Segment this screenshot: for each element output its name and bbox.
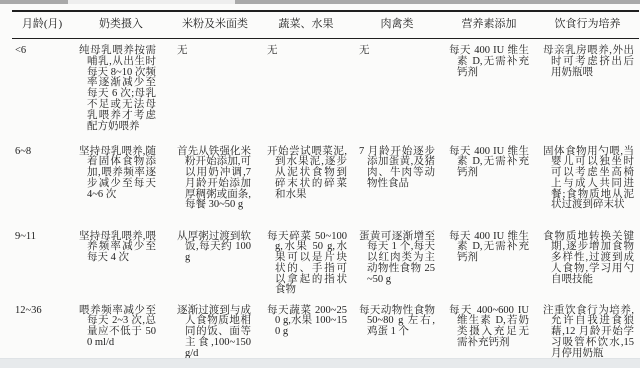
cell-nutrient-supplement: 每天 400 IU 维生素 D,无需补充钙剂: [442, 224, 536, 298]
header-nutrient-supplement: 营养素添加: [442, 11, 536, 39]
cell-meat-poultry: 每天动物性食物 50~80 g 左右,鸡蛋 1 个: [352, 298, 442, 361]
header-feeding-behavior: 饮食行为培养: [536, 11, 639, 39]
cell-vegetables-fruit: 无: [260, 39, 352, 139]
cell-age: 6~8: [12, 139, 72, 224]
cell-milk-intake: 纯母乳喂养按需哺乳,从出生时每天 8~10 次频率逐渐减少至每天 6 次;母乳不…: [72, 39, 170, 139]
cell-feeding-behavior: 固体食物用勺喂,当婴儿可以独坐时可以考虑坐高椅上与成人共同进餐;食物质地从泥状过…: [536, 139, 639, 224]
table-row-9-11-months: 9~11 坚持母乳喂养,喂养频率减少至每天 4 次 从厚粥过渡到软饭,每天约 1…: [12, 224, 639, 298]
cell-feeding-behavior: 注重饮食行为培养,允许自我进食狼藉,12 月龄开始学习吸管杯饮水,15 月停用奶…: [536, 298, 639, 361]
cell-feeding-behavior: 食物质地转换关键期,逐步增加食物多样性,过渡到成人食物,学习用勺自喂技能: [536, 224, 639, 298]
table-row-6-8-months: 6~8 坚持母乳喂养,随着固体食物添加,喂养频率逐步减少至每天 4~6 次 首先…: [12, 139, 639, 224]
cell-nutrient-supplement: 每天 400~600 IU 维生素 D,若奶类摄入充足无需补充钙剂: [442, 298, 536, 361]
header-milk-intake: 奶类摄入: [72, 11, 170, 39]
cell-meat-poultry: 7 月龄开始逐步添加蛋黄,及猪肉、牛肉等动物性食品: [352, 139, 442, 224]
cell-age: 12~36: [12, 298, 72, 361]
cell-milk-intake: 坚持母乳喂养,喂养频率减少至每天 4 次: [72, 224, 170, 298]
header-rice-flour-noodles: 米粉及米面类: [170, 11, 260, 39]
cell-vegetables-fruit: 开始尝试喂菜泥,到水果泥,逐步从泥状食物到碎末状的碎菜和水果: [260, 139, 352, 224]
header-meat-poultry: 肉禽类: [352, 11, 442, 39]
cell-vegetables-fruit: 每天碎菜 50~100 g,水果 50 g,水果可以是片块状的、手指可以拿起的指…: [260, 224, 352, 298]
cell-meat-poultry: 无: [352, 39, 442, 139]
cell-age: 9~11: [12, 224, 72, 298]
cell-milk-intake: 喂养频率减少至每天 2~3 次,总量应不低于 500 ml/d: [72, 298, 170, 361]
table-row-12-36-months: 12~36 喂养频率减少至每天 2~3 次,总量应不低于 500 ml/d 逐渐…: [12, 298, 639, 361]
header-vegetables-fruit: 蔬菜、水果: [260, 11, 352, 39]
cell-rice-flour: 首先从铁强化米粉开始添加,可以用奶冲调,7 月龄开始添加厚稠粥或面条,每餐 30…: [170, 139, 260, 224]
cell-rice-flour: 无: [170, 39, 260, 139]
header-age-months: 月龄(月): [12, 11, 72, 39]
cell-milk-intake: 坚持母乳喂养,随着固体食物添加,喂养频率逐步减少至每天 4~6 次: [72, 139, 170, 224]
cell-feeding-behavior: 母亲乳房喂养,外出时可考虑挤出后用奶瓶喂: [536, 39, 639, 139]
scan-top-edge-gap: [68, 0, 235, 4]
table-row-under-6-months: <6 纯母乳喂养按需哺乳,从出生时每天 8~10 次频率逐渐减少至每天 6 次;…: [12, 39, 639, 139]
scan-bottom-edge: [0, 358, 640, 368]
table-header-row: 月龄(月) 奶类摄入 米粉及米面类 蔬菜、水果 肉禽类 营养素添加 饮食行为培养: [12, 11, 639, 39]
cell-vegetables-fruit: 每天蔬菜 200~250 g,水果 100~150 g: [260, 298, 352, 361]
cell-rice-flour: 从厚粥过渡到软饭,每天约 100 g: [170, 224, 260, 298]
cell-age: <6: [12, 39, 72, 139]
infant-feeding-table: 月龄(月) 奶类摄入 米粉及米面类 蔬菜、水果 肉禽类 营养素添加 饮食行为培养…: [12, 10, 639, 361]
cell-nutrient-supplement: 每天 400 IU 维生素 D,无需补充钙剂: [442, 39, 536, 139]
cell-rice-flour: 逐渐过渡到与成人食物质地相同的饭、面等主食,100~150 g/d: [170, 298, 260, 361]
cell-meat-poultry: 蛋黄可逐渐增至每天 1 个,每天以红肉类为主动物性食物 25~50 g: [352, 224, 442, 298]
cell-nutrient-supplement: 每天 400 IU 维生素 D,无需补充钙剂: [442, 139, 536, 224]
